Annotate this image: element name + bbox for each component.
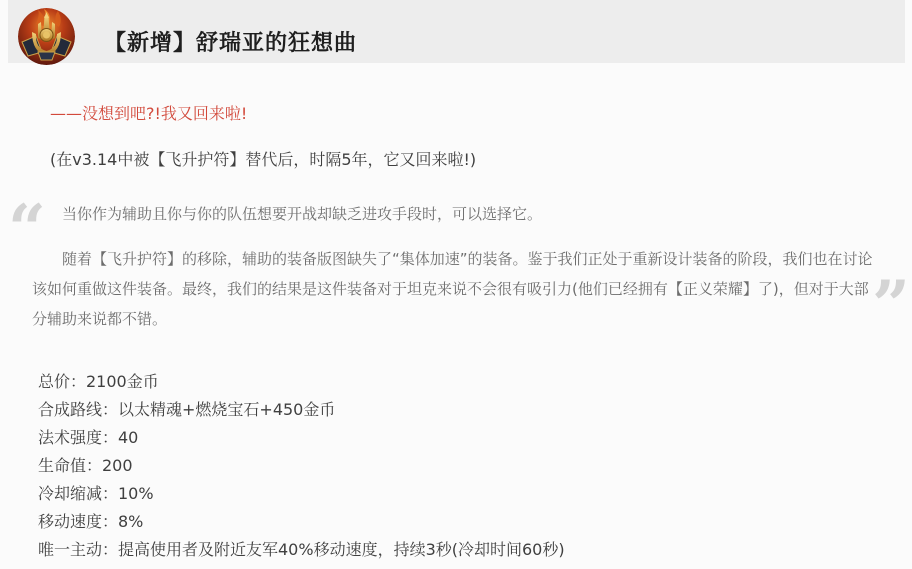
quote-block: 当你作为辅助且你与你的队伍想要开战却缺乏进攻手段时，可以选择它。 随着【飞升护符… — [32, 199, 882, 349]
note-line: (在v3.14中被【飞升护符】替代后，时隔5年，它又回来啦!) — [50, 147, 476, 170]
quote-paragraph: 当你作为辅助且你与你的队伍想要开战却缺乏进攻手段时，可以选择它。 — [32, 199, 882, 229]
stat-move-speed: 移动速度：8% — [38, 508, 565, 536]
stat-build-path: 合成路线：以太精魂+燃烧宝石+450金币 — [38, 396, 565, 424]
stat-total-price: 总价：2100金币 — [38, 368, 565, 396]
quote-paragraph: 随着【飞升护符】的移除，辅助的装备版图缺失了“集体加速”的装备。鉴于我们正处于重… — [32, 244, 882, 334]
flavor-line: ——没想到吧?!我又回来啦! — [50, 101, 247, 124]
shurelya-item-icon-svg — [18, 8, 75, 65]
stat-health: 生命值：200 — [38, 452, 565, 480]
stat-cdr: 冷却缩减：10% — [38, 480, 565, 508]
item-icon — [18, 8, 75, 65]
item-stats-list: 总价：2100金币 合成路线：以太精魂+燃烧宝石+450金币 法术强度：40 生… — [38, 368, 565, 564]
close-quote-icon: ” — [872, 272, 910, 338]
stat-ability-power: 法术强度：40 — [38, 424, 565, 452]
page-title: 【新增】舒瑞亚的狂想曲 — [104, 26, 357, 57]
stat-unique-active: 唯一主动：提高使用者及附近友军40%移动速度，持续3秒(冷却时间60秒) — [38, 536, 565, 564]
